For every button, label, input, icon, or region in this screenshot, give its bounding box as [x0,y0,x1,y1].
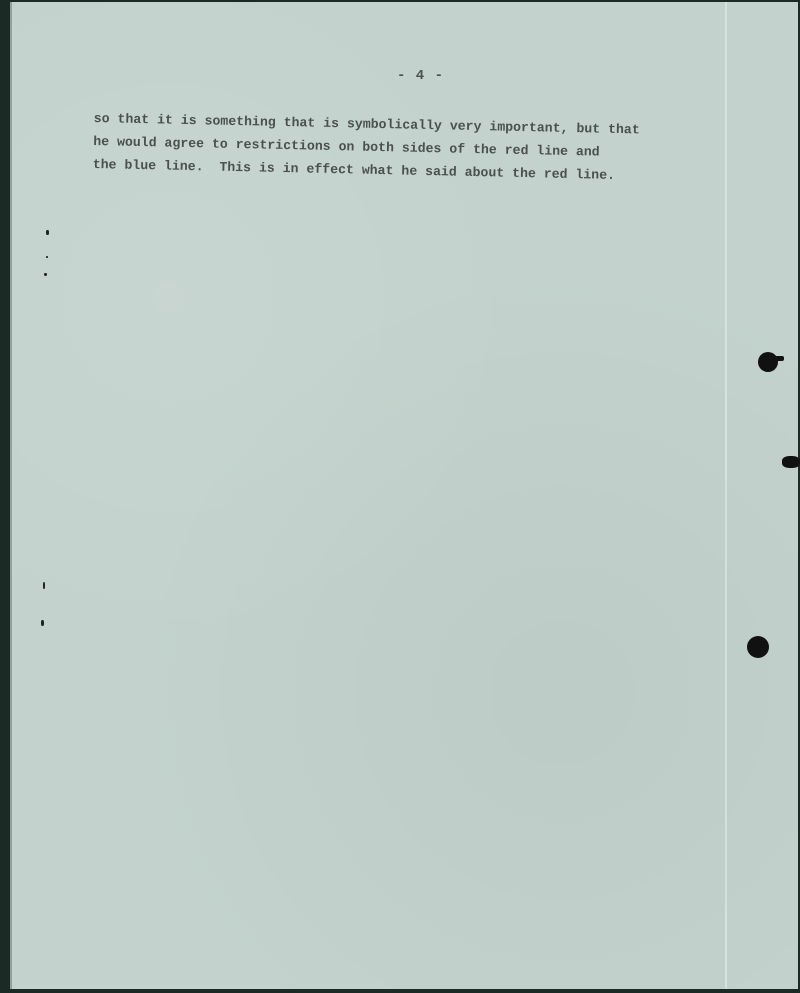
punch-hole [747,636,769,658]
page-number: - 4 - [397,68,444,84]
ink-speck [41,620,44,626]
ink-speck [43,582,45,589]
ink-speck [44,273,47,276]
ink-speck [46,256,48,258]
punch-hole [782,456,800,468]
punch-hole-tear [774,356,784,361]
punch-hole [758,352,778,372]
document-page: - 4 - so that it is something that is sy… [10,2,798,989]
body-text: so that it is something that is symbolic… [93,107,754,190]
ink-speck [46,230,49,235]
